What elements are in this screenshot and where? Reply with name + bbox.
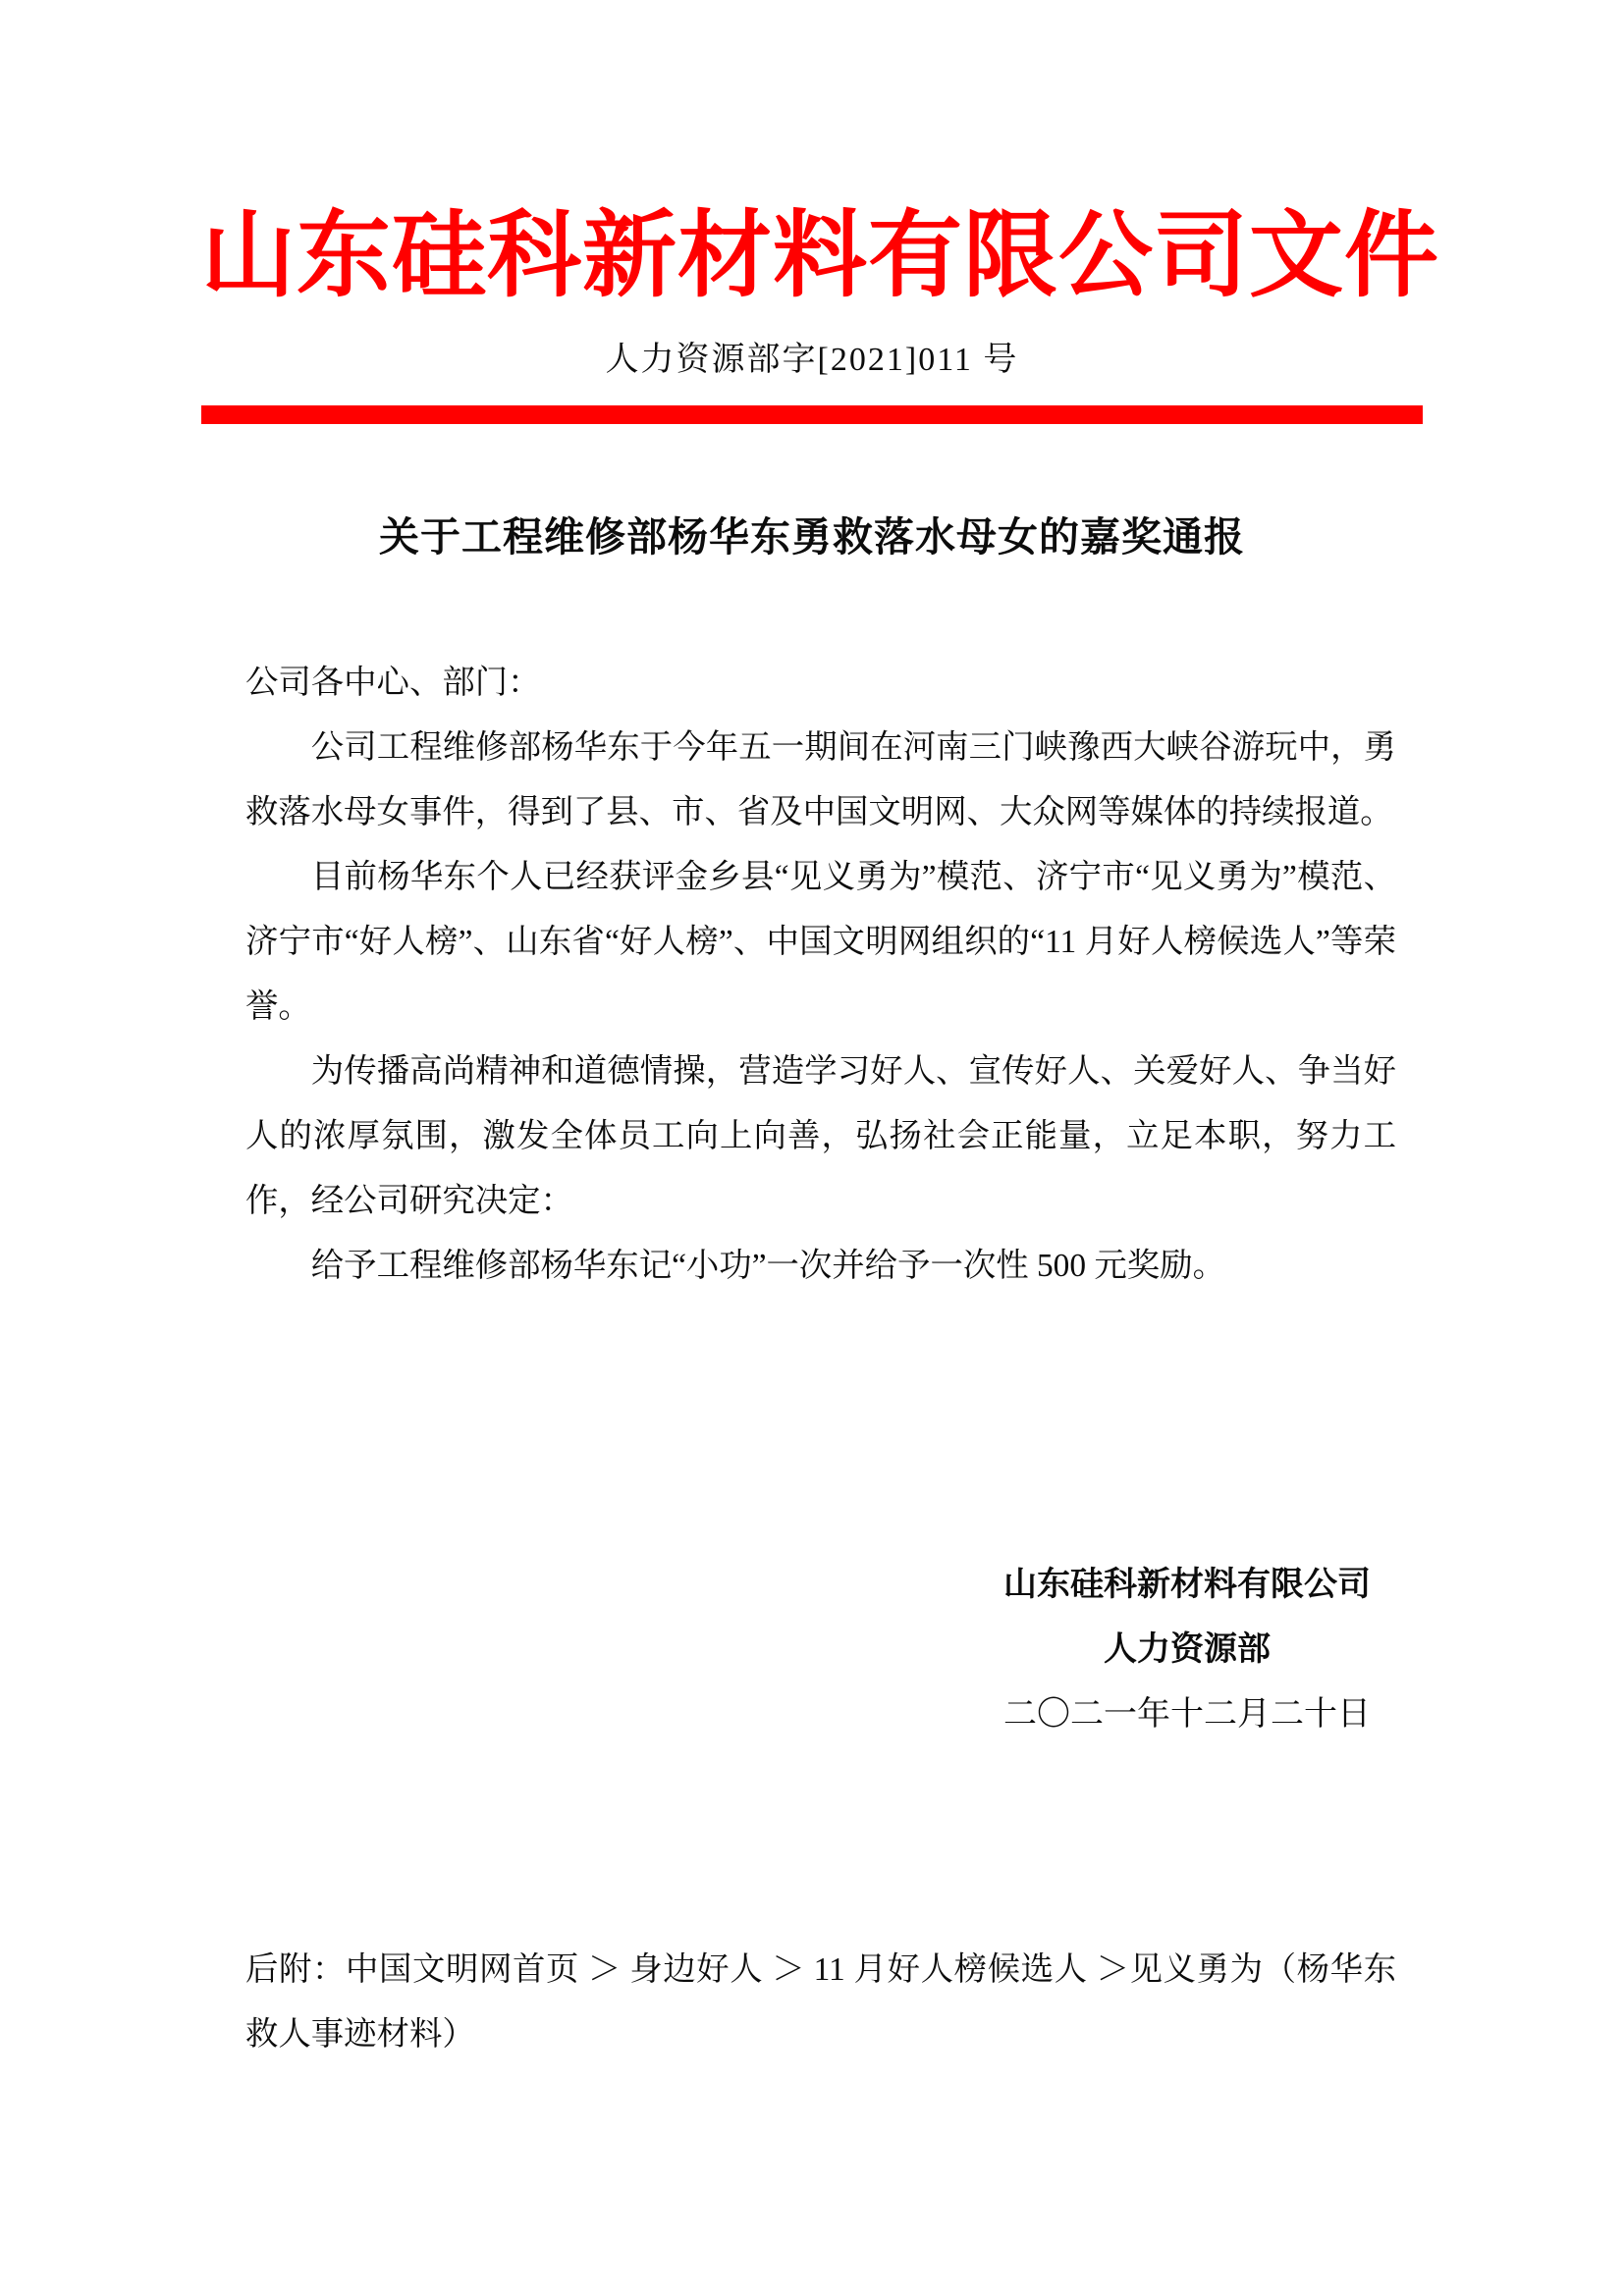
signature-department: 人力资源部 (979, 1618, 1395, 1682)
salutation-line: 公司各中心、部门： (245, 651, 1396, 716)
body-paragraph-3: 为传播高尚精神和道德情操，营造学习好人、宣传好人、关爱好人、争当好人的浓厚氛围，… (245, 1040, 1396, 1234)
letterhead-company-title: 山东硅科新材料有限公司文件 (201, 208, 1423, 302)
document-page: 山东硅科新材料有限公司文件 人力资源部字[2021]011 号 关于工程维修部杨… (0, 0, 1624, 2296)
signature-block: 山东硅科新材料有限公司 人力资源部 二〇二一年十二月二十日 (979, 1553, 1395, 1747)
notice-body: 公司各中心、部门： 公司工程维修部杨华东于今年五一期间在河南三门峡豫西大峡谷游玩… (245, 651, 1396, 1299)
doc-number: 人力资源部字[2021]011 号 (201, 344, 1423, 377)
body-paragraph-2: 目前杨华东个人已经获评金乡县“见义勇为”模范、济宁市“见义勇为”模范、济宁市“好… (245, 845, 1396, 1040)
signature-date: 二〇二一年十二月二十日 (979, 1682, 1395, 1747)
signature-company-name: 山东硅科新材料有限公司 (979, 1553, 1395, 1618)
attachment-note: 后附：中国文明网首页 ＞ 身边好人 ＞ 11 月好人榜候选人 ＞见义勇为（杨华东… (245, 1938, 1396, 2067)
body-paragraph-4: 给予工程维修部杨华东记“小功”一次并给予一次性 500 元奖励。 (245, 1234, 1396, 1299)
letterhead-divider-rule (201, 405, 1423, 424)
body-paragraph-1: 公司工程维修部杨华东于今年五一期间在河南三门峡豫西大峡谷游玩中，勇救落水母女事件… (245, 716, 1396, 845)
notice-title: 关于工程维修部杨华东勇救落水母女的嘉奖通报 (201, 515, 1423, 560)
